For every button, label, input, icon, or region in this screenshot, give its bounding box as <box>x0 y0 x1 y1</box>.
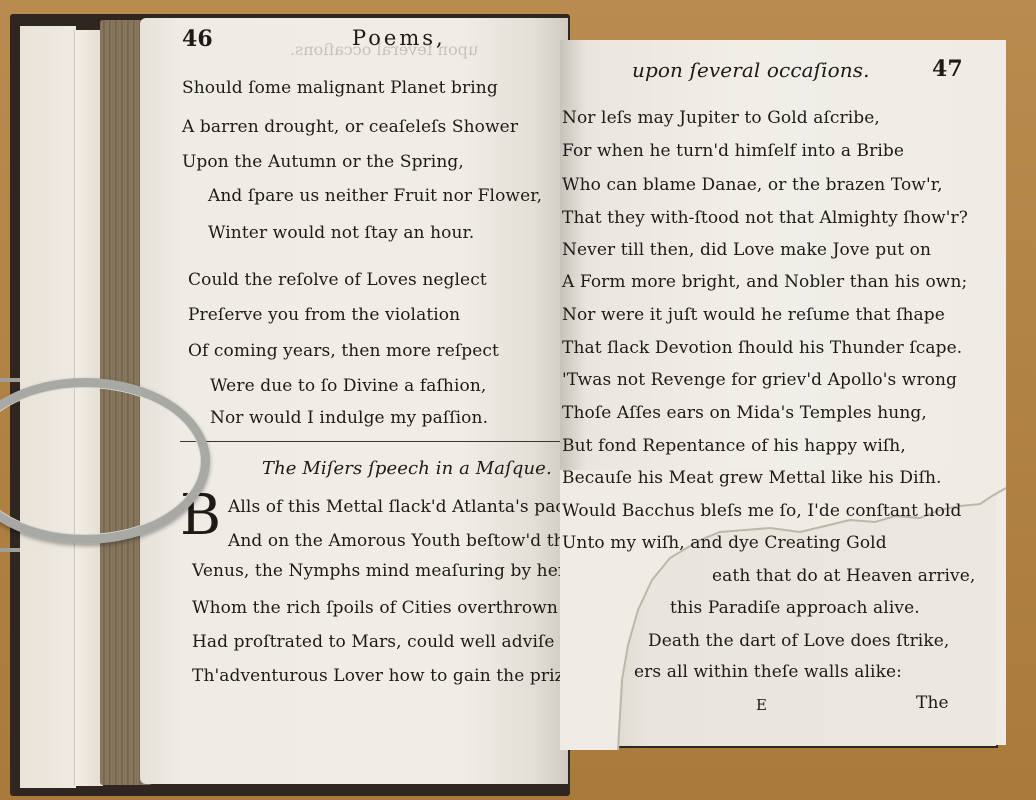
verse-line: 'Twas not Revenge for griev'd Apollo's w… <box>562 370 957 390</box>
under-tear-line: eath that do at Heaven arrive, <box>712 566 975 586</box>
section-divider <box>180 441 564 442</box>
verse-line: Were due to ſo Divine a faſhion, <box>210 376 486 396</box>
verse-line: That ſlack Devotion ſhould his Thunder ſ… <box>562 338 962 358</box>
verse-line: And ſpare us neither Fruit nor Flower, <box>208 186 542 206</box>
page-number-right: 47 <box>932 56 963 82</box>
page-number-left: 46 <box>182 26 213 52</box>
verse-line: Should ſome malignant Planet bring <box>182 78 498 98</box>
running-head-right: upon ſeveral occaſions. <box>632 58 870 82</box>
verse-line: Nor leſs may Jupiter to Gold aſcribe, <box>562 108 880 128</box>
under-tear-line: Death the dart of Love does ſtrike, <box>648 631 949 651</box>
verse-line: Nor were it juſt would he reſume that ſh… <box>562 305 945 325</box>
verse-line: Would Bacchus bleſs me ſo, I'de conſtant… <box>562 501 962 521</box>
verse-line: Th'adventurous Lover how to gain the pri… <box>192 666 580 686</box>
verse-line: Of coming years, then more reſpect <box>188 341 499 361</box>
verse-line: A Form more bright, and Nobler than his … <box>562 272 967 292</box>
verse-line: Upon the Autumn or the Spring, <box>182 152 464 172</box>
verse-line: For when he turn'd himſelf into a Bribe <box>562 141 904 161</box>
verse-line: Never till then, did Love make Jove put … <box>562 240 931 260</box>
running-head-left: Poems, <box>352 26 446 50</box>
verse-line: Preſerve you from the violation <box>188 305 460 325</box>
under-tear-line: ers all within theſe walls alike: <box>634 662 902 682</box>
verse-line: But fond Repentance of his happy wiſh, <box>562 436 906 456</box>
under-tear-line: this Paradiſe approach alive. <box>670 598 920 618</box>
signature-mark: E <box>756 696 767 714</box>
verse-line: Venus, the Nymphs mind meaſuring by her … <box>192 561 613 581</box>
verse-line: Had proſtrated to Mars, could well adviſ… <box>192 632 555 652</box>
book-photo: upon ſeveral occaſions. 46 Poems, Should… <box>0 0 1036 800</box>
verse-line: Whom the rich ſpoils of Cities overthrow… <box>192 598 558 618</box>
verse-line: Who can blame Danae, or the brazen Tow'r… <box>562 175 943 195</box>
verse-line: Could the reſolve of Loves neglect <box>188 270 487 290</box>
verse-line: A barren drought, or ceaſeleſs Shower <box>182 117 518 137</box>
verse-line: Becauſe his Meat grew Mettal like his Di… <box>562 468 942 488</box>
clip-wire <box>0 548 20 552</box>
verse-line: Thoſe Aſſes ears on Mida's Temples hung, <box>562 403 927 423</box>
catchword: The <box>916 693 949 713</box>
verse-line: Unto my wiſh, and dye Creating Gold <box>562 533 887 553</box>
verse-line: Winter would not ſtay an hour. <box>208 223 474 243</box>
clip-wire <box>0 378 20 382</box>
verse-line: Alls of this Mettal ſlack'd Atlanta's pa… <box>228 497 575 517</box>
verse-line: That they with-ſtood not that Almighty ſ… <box>562 208 968 228</box>
verse-line: Nor would I indulge my paſſion. <box>210 408 488 428</box>
poem-title: The Miſers ſpeech in a Maſque. <box>262 458 552 479</box>
